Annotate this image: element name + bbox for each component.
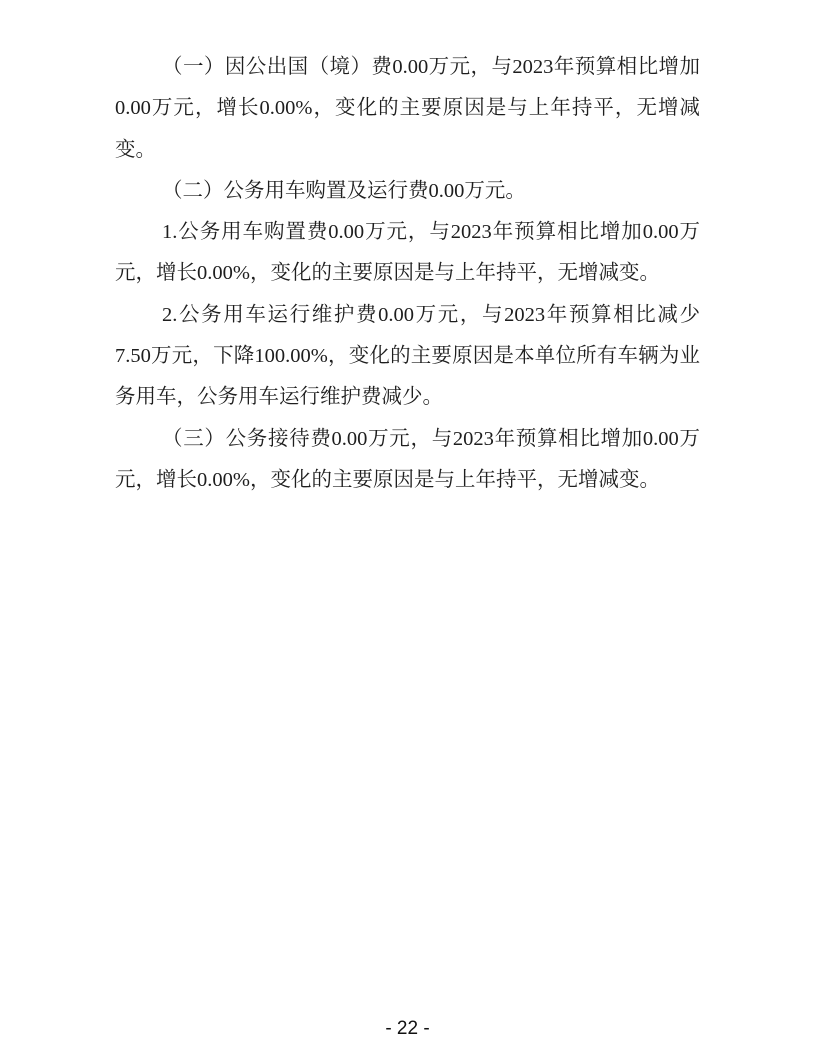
document-body: （一）因公出国（境）费0.00万元，与2023年预算相比增加0.00万元，增长0… bbox=[115, 47, 700, 501]
paragraph-vehicle-operation-maintenance-fee: 2.公务用车运行维护费0.00万元，与2023年预算相比减少7.50万元，下降1… bbox=[115, 295, 700, 419]
paragraph-official-travel-abroad: （一）因公出国（境）费0.00万元，与2023年预算相比增加0.00万元，增长0… bbox=[115, 47, 700, 171]
page-number: - 22 - bbox=[0, 1018, 815, 1040]
paragraph-official-reception-fee: （三）公务接待费0.00万元，与2023年预算相比增加0.00万元，增长0.00… bbox=[115, 419, 700, 502]
paragraph-vehicle-purchase-fee: 1.公务用车购置费0.00万元，与2023年预算相比增加0.00万元，增长0.0… bbox=[115, 212, 700, 295]
document-page: （一）因公出国（境）费0.00万元，与2023年预算相比增加0.00万元，增长0… bbox=[0, 0, 815, 1055]
paragraph-vehicle-purchase-and-operation-heading: （二）公务用车购置及运行费0.00万元。 bbox=[115, 171, 700, 212]
